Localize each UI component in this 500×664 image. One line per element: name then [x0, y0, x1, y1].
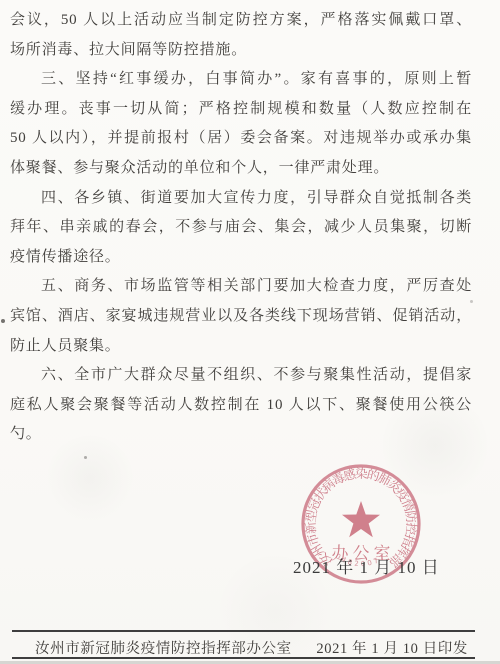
- document-date: 2021 年 1 月 10 日: [293, 553, 440, 578]
- text-line: 50 人以内），并提前报村（居）委会备案。对违规举办或承办集: [10, 124, 472, 154]
- scan-speck: [470, 300, 473, 303]
- footer-print-date: 2021 年 1 月 10 日印发: [316, 637, 468, 658]
- text-line: 体聚餐、参与聚众活动的单位和个人，一律严肃处理。: [10, 154, 472, 184]
- scan-speck: [1, 319, 5, 323]
- official-seal: 汝州市新型冠状病毒感染的肺炎疫情防控指挥部 办公室 04820077: [281, 444, 441, 604]
- text-line: 场所消毒、拉大间隔等防控措施。: [10, 36, 472, 66]
- text-line: 四、各乡镇、街道要加大宣传力度，引导群众自觉抵制各类: [10, 184, 472, 214]
- footer-top-rule: [12, 630, 475, 632]
- seal-graphic: 汝州市新型冠状病毒感染的肺炎疫情防控指挥部 办公室 04820077: [281, 444, 441, 604]
- scan-speck: [84, 456, 87, 459]
- text-line: 三、坚持“红事缓办，白事简办”。家有喜事的，原则上暂: [10, 65, 472, 95]
- text-line: 宾馆、酒店、家宴城违规营业以及各类线下现场营销、促销活动，: [10, 302, 472, 332]
- document-body: 会议，50 人以上活动应当制定防控方案，严格落实佩戴口罩、场所消毒、拉大间隔等防…: [10, 6, 472, 450]
- text-line: 五、商务、市场监管等相关部门要加大检查力度，严厉查处: [10, 272, 472, 302]
- document-page: 会议，50 人以上活动应当制定防控方案，严格落实佩戴口罩、场所消毒、拉大间隔等防…: [0, 0, 500, 664]
- text-line: 拜年、串亲戚的春会，不参与庙会、集会，减少人员集聚，切断: [10, 213, 472, 243]
- footer-bottom-rule: [12, 657, 475, 659]
- text-line: 会议，50 人以上活动应当制定防控方案，严格落实佩戴口罩、: [10, 6, 472, 36]
- seal-star-icon: [342, 501, 380, 537]
- footer-issuer: 汝州市新冠肺炎疫情防控指挥部办公室: [35, 637, 292, 658]
- text-line: 缓办理。丧事一切从简；严格控制规模和数量（人数应控制在: [10, 95, 472, 125]
- text-line: 防止人员聚集。: [10, 332, 472, 362]
- footer-row: 汝州市新冠肺炎疫情防控指挥部办公室 2021 年 1 月 10 日印发: [35, 637, 468, 658]
- text-line: 六、全市广大群众尽量不组织、不参与聚集性活动，提倡家: [10, 361, 472, 391]
- text-line: 庭私人聚会聚餐等活动人数控制在 10 人以下、聚餐使用公筷公: [10, 391, 472, 421]
- text-line: 疫情传播途径。: [10, 243, 472, 273]
